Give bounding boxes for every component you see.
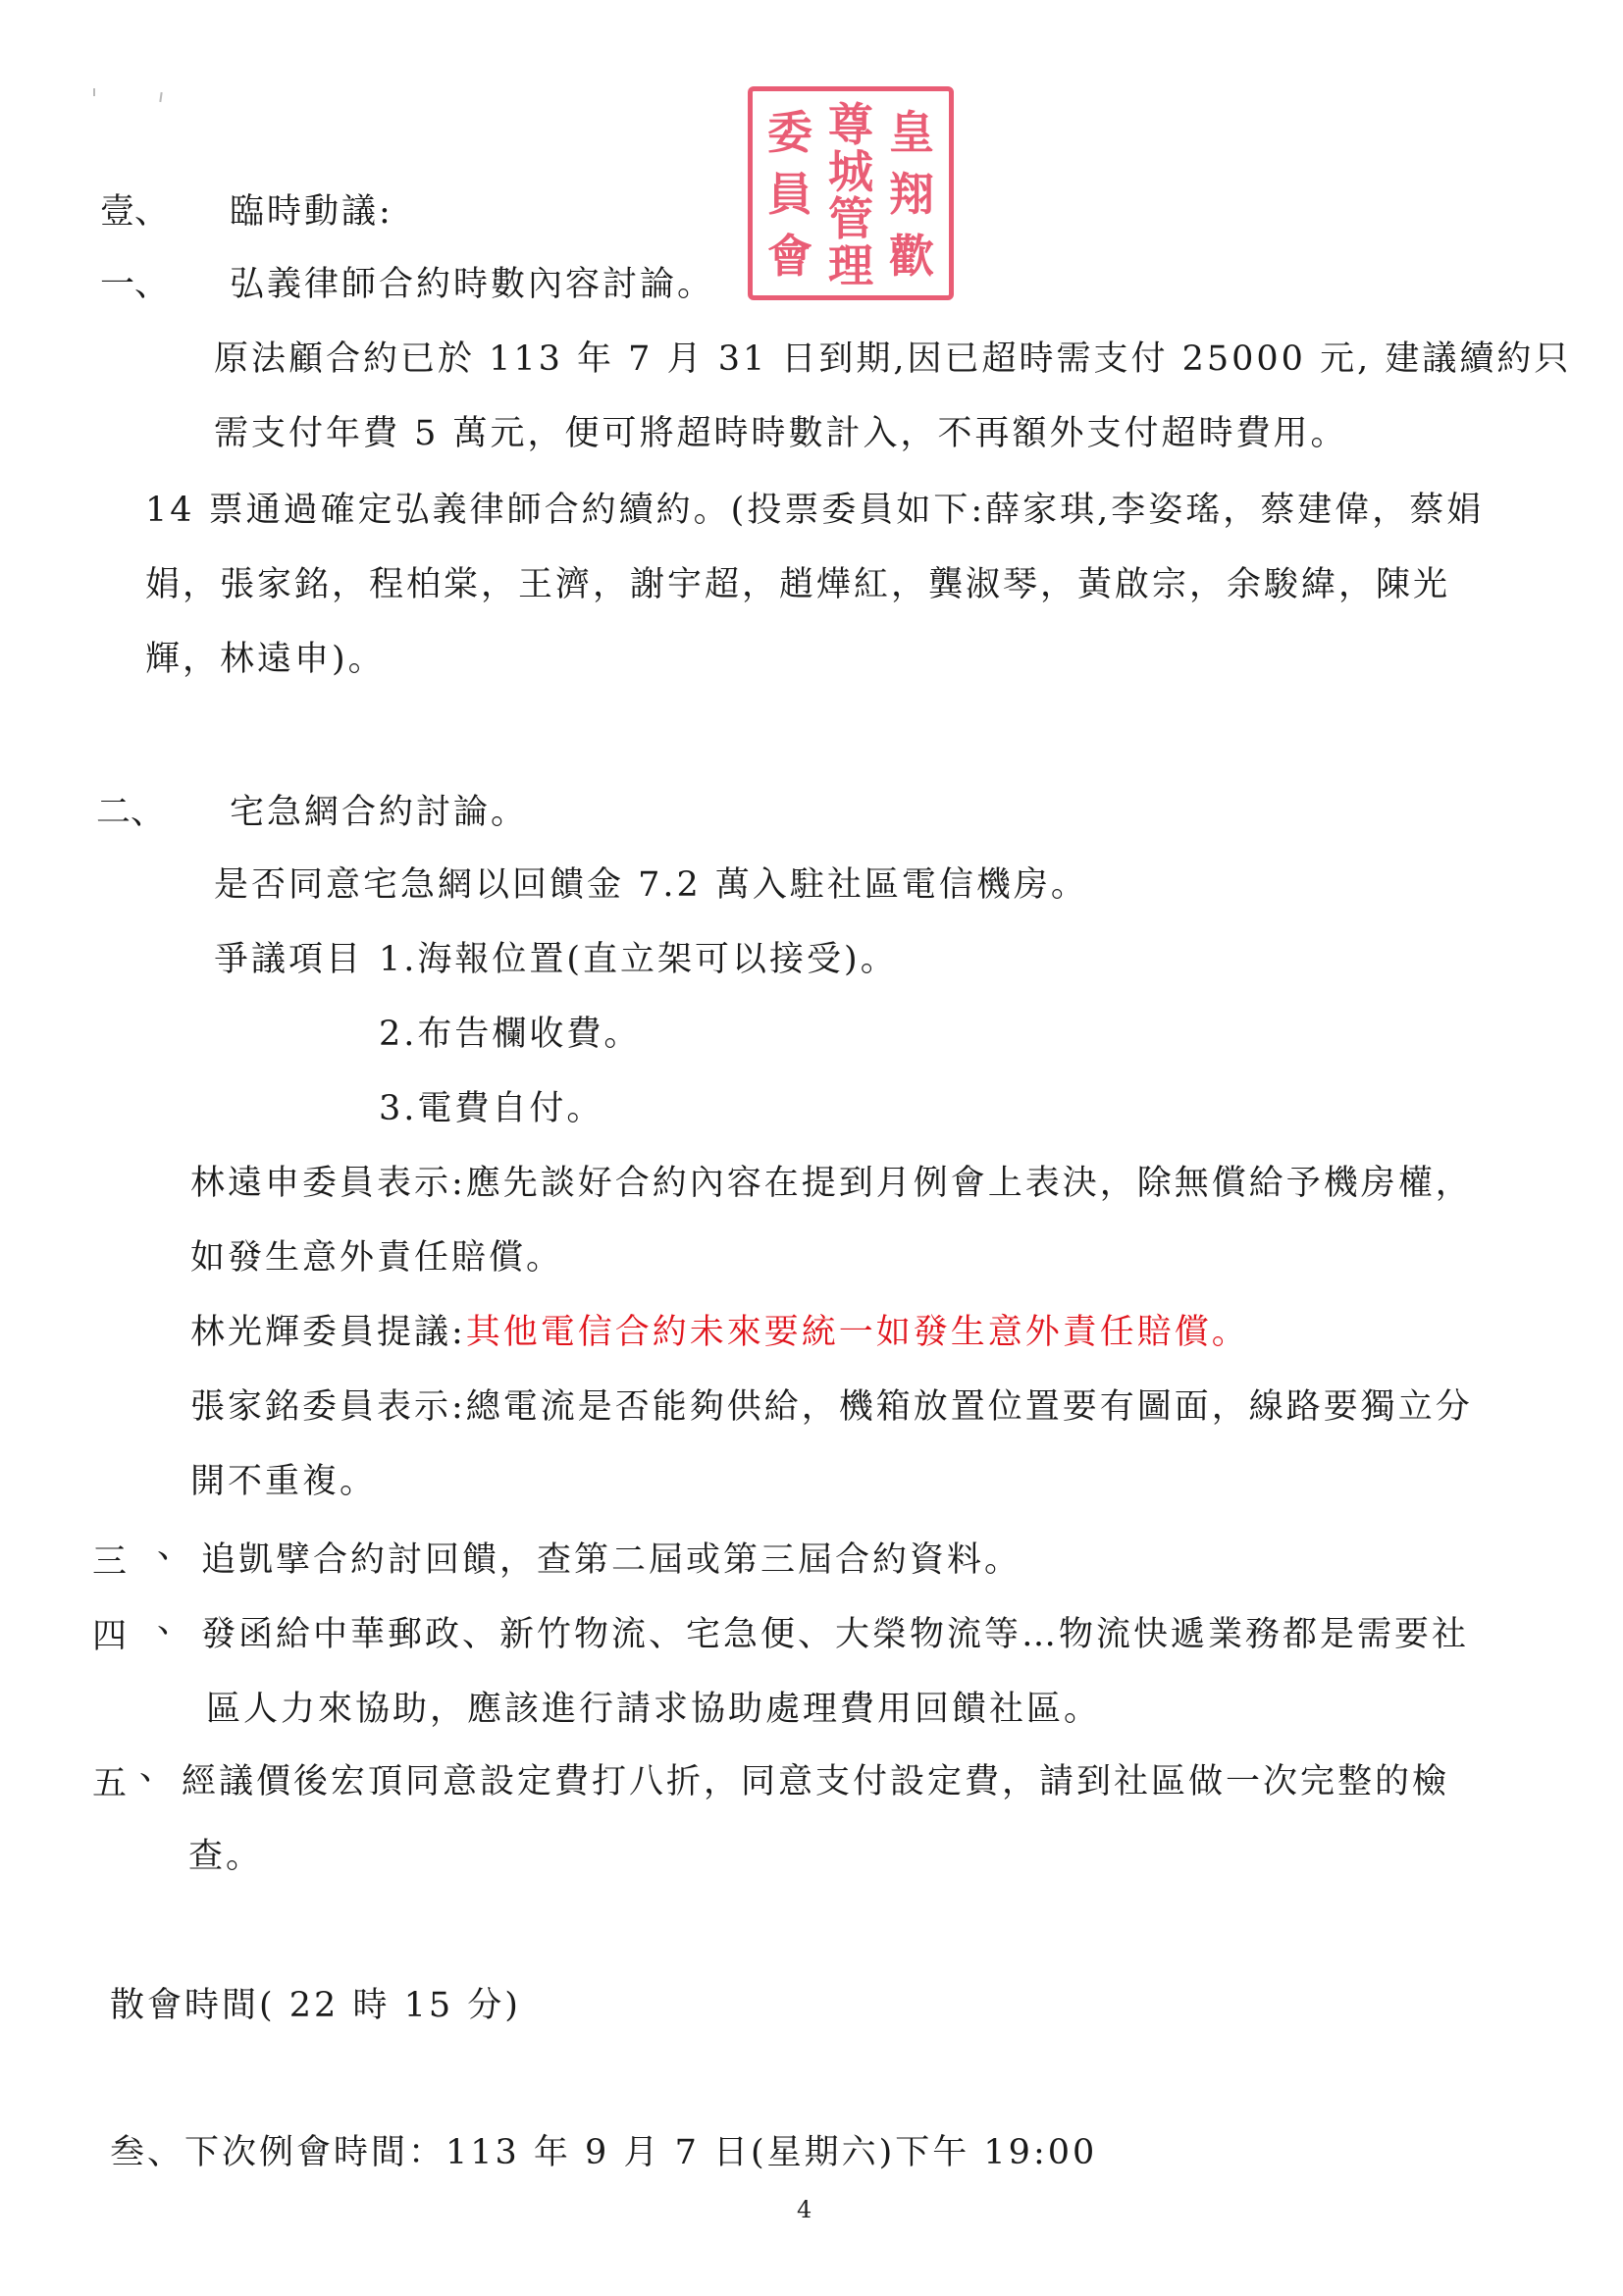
item-comma: 、 bbox=[157, 1527, 191, 1566]
seal-column-3: 委 員 會 bbox=[760, 101, 819, 287]
vote-result-line: 輝，林遠申)。 bbox=[145, 640, 386, 679]
item-body-line: 區人力來協助，應該進行請求協助處理費用回饋社區。 bbox=[206, 1690, 1101, 1729]
seal-char: 翔 bbox=[889, 171, 934, 218]
dispute-label: 爭議項目 bbox=[214, 940, 363, 979]
seal-char: 員 bbox=[767, 171, 812, 218]
seal-char: 管 bbox=[828, 195, 873, 242]
seal-column-1: 皇 翔 歡 bbox=[882, 101, 941, 287]
item-title: 弘義律師合約時數內容討論。 bbox=[230, 265, 714, 304]
item-marker: 二、 bbox=[96, 793, 165, 832]
committee-seal: 皇 翔 歡 尊 城 管 理 委 員 會 bbox=[748, 86, 954, 300]
item-body-line: 需支付年費 5 萬元，便可將超時時數計入，不再額外支付超時費用。 bbox=[214, 414, 1348, 453]
document-page: 皇 翔 歡 尊 城 管 理 委 員 會 壹、 臨時動議: 一、 弘義律師合約時數… bbox=[0, 0, 1623, 2296]
seal-char: 城 bbox=[828, 148, 873, 195]
item-comma: 、 bbox=[157, 1601, 191, 1641]
item-body-line: 經議價後宏頂同意設定費打八折，同意支付設定費，請到社區做一次完整的檢 bbox=[182, 1762, 1449, 1801]
dispute-item: 3.電費自付。 bbox=[379, 1089, 603, 1128]
comment-line: 開不重複。 bbox=[190, 1462, 377, 1501]
item-title: 宅急網合約討論。 bbox=[230, 793, 528, 832]
proposal-highlight: 其他電信合約未來要統一如發生意外責任賠償。 bbox=[466, 1313, 1249, 1352]
seal-char: 歡 bbox=[889, 233, 934, 280]
item-question: 是否同意宅急網以回饋金 7.2 萬入駐社區電信機房。 bbox=[214, 865, 1088, 905]
comment-line: 林遠申委員表示:應先談好合約內容在提到月例會上表決，除無償給予機房權， bbox=[190, 1164, 1473, 1203]
seal-char: 委 bbox=[767, 109, 812, 156]
item-body-line: 發函給中華郵政、新竹物流、宅急便、大榮物流等…物流快遞業務都是需要社 bbox=[201, 1615, 1469, 1654]
dispute-item: 2.布告欄收費。 bbox=[379, 1015, 641, 1054]
item-body-line: 原法顧合約已於 113 年 7 月 31 日到期,因已超時需支付 25000 元… bbox=[214, 339, 1571, 379]
adjournment-time: 散會時間( 22 時 15 分) bbox=[110, 1986, 521, 2025]
proposal-speaker: 林光輝委員提議: bbox=[190, 1313, 466, 1352]
vote-result-line: 14 票通過確定弘義律師合約續約。(投票委員如下:薛家琪,李姿瑤，蔡建偉，蔡娟 bbox=[145, 491, 1484, 530]
item-marker: 四 bbox=[92, 1617, 127, 1656]
comment-line: 如發生意外責任賠償。 bbox=[190, 1238, 563, 1278]
item-body-line: 查。 bbox=[188, 1837, 263, 1876]
dispute-item: 1.海報位置(直立架可以接受)。 bbox=[379, 940, 898, 979]
vote-result-line: 娟，張家銘，程柏棠，王濟，謝宇超，趙燁紅，龔淑琴，黃啟宗，余駿緯，陳光 bbox=[145, 565, 1450, 604]
proposal-line: 林光輝委員提議:其他電信合約未來要統一如發生意外責任賠償。 bbox=[190, 1313, 1249, 1352]
next-meeting-time: 叁、下次例會時間：113 年 9 月 7 日(星期六)下午 19:00 bbox=[110, 2133, 1097, 2172]
comment-line: 張家銘委員表示:總電流是否能夠供給，機箱放置位置要有圖面，線路要獨立分 bbox=[190, 1387, 1473, 1427]
scan-mark bbox=[93, 88, 95, 96]
seal-char: 會 bbox=[767, 233, 812, 280]
item-marker: 五 bbox=[92, 1764, 127, 1803]
section-title: 臨時動議: bbox=[230, 192, 393, 232]
seal-char: 尊 bbox=[828, 101, 873, 148]
seal-column-2: 尊 城 管 理 bbox=[821, 101, 880, 287]
page-number: 4 bbox=[797, 2196, 811, 2223]
item-body-line: 追凱擘合約討回饋，查第二屆或第三屆合約資料。 bbox=[201, 1540, 1021, 1580]
scan-mark bbox=[159, 92, 162, 102]
seal-char: 皇 bbox=[889, 109, 934, 156]
seal-char: 理 bbox=[828, 242, 873, 289]
section-marker: 壹、 bbox=[100, 192, 169, 232]
item-marker: 一、 bbox=[100, 265, 169, 304]
item-marker: 三 bbox=[92, 1542, 127, 1582]
item-comma: 、 bbox=[139, 1748, 174, 1788]
